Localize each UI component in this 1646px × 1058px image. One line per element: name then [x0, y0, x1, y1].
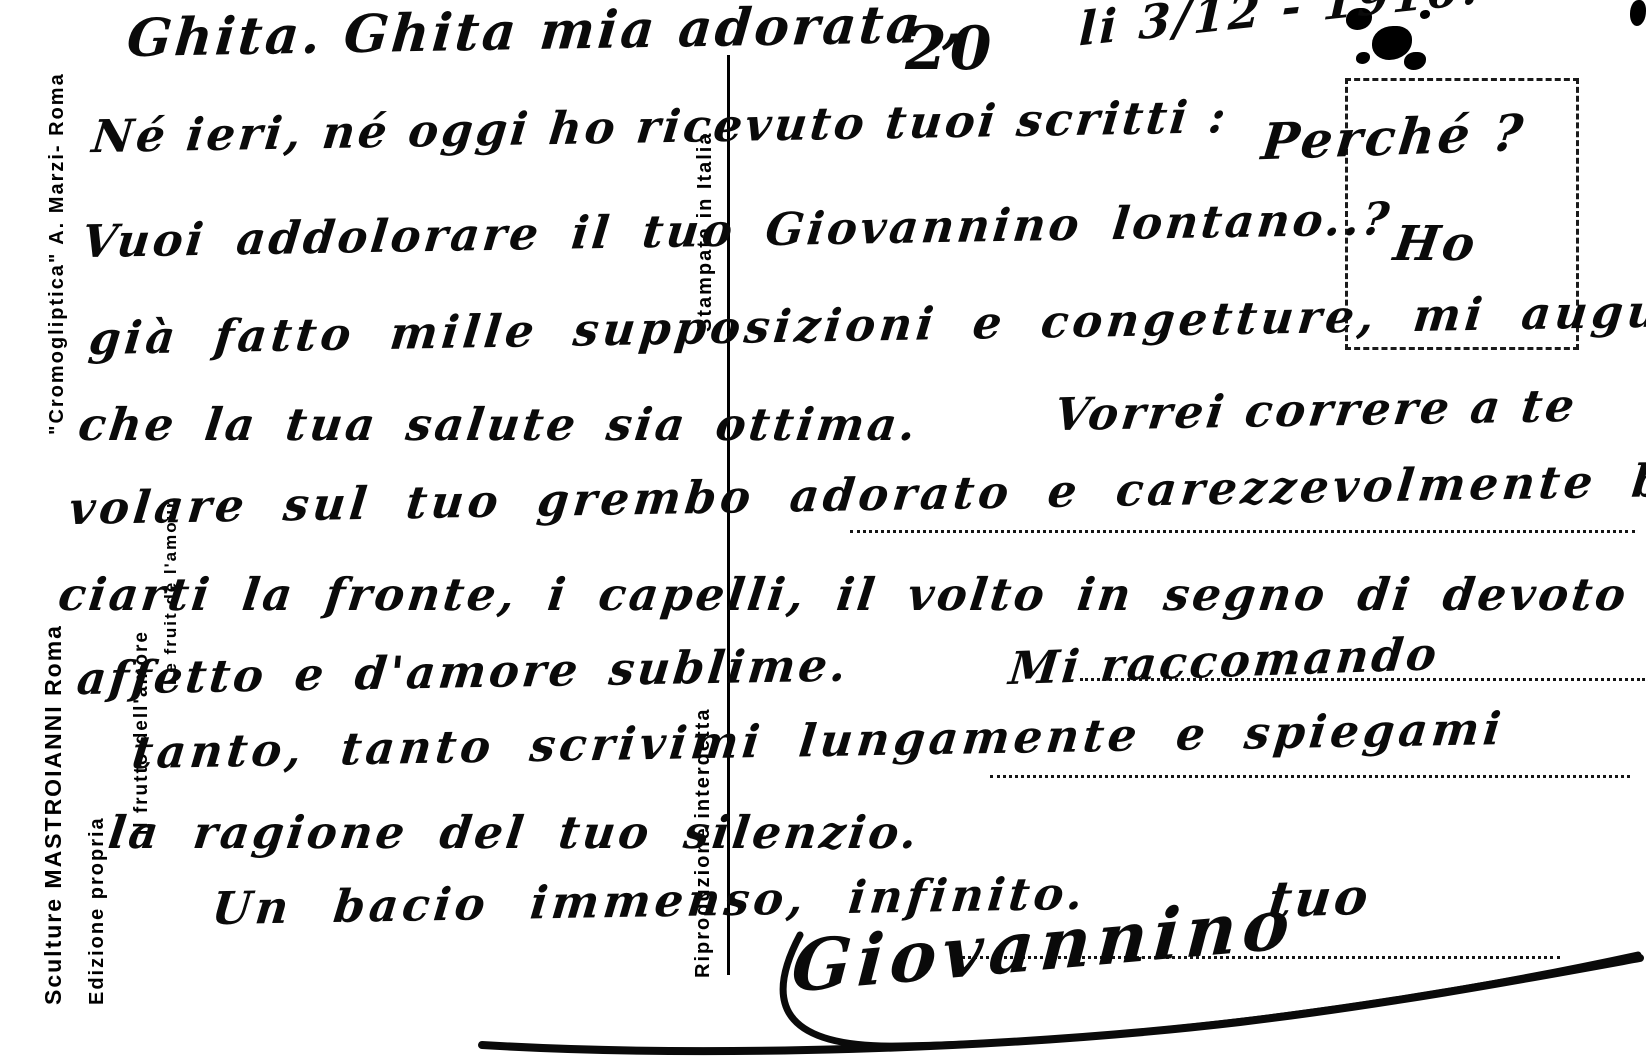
message-line: Vorrei correre a te: [1051, 379, 1580, 441]
message-line: tanto, tanto scrivimi lungamente e spieg…: [129, 702, 1507, 779]
signature-flourish: [0, 900, 1646, 1058]
message-line: la ragione del tuo silenzio.: [105, 806, 922, 859]
message-line: Mi raccomando: [1006, 627, 1442, 695]
message-line: affetto e d'amore sublime.: [74, 639, 851, 706]
message-line: che la tua salute sia ottima.: [75, 398, 921, 451]
message-line: Ho: [1390, 216, 1481, 272]
message-line: Né ieri, né oggi ho ricevuto tuoi scritt…: [89, 90, 1231, 163]
dotted-address-line: [850, 530, 1635, 533]
handwritten-number: 20: [905, 14, 995, 84]
ink-blot: [1404, 52, 1426, 70]
date-line: li 3/12 - 1916.: [1078, 0, 1482, 56]
message-line: ciarti la fronte, i capelli, il volto in…: [55, 568, 1631, 621]
dotted-address-line: [990, 775, 1630, 778]
message-line: già fatto mille supposizioni e congettur…: [86, 283, 1646, 365]
printed-cromogliptica-marzi-roma: "Cromogliptica" A. Marzi- Roma: [46, 10, 69, 435]
postcard-back-scan: Stampata in Italia Riproduzione interdet…: [0, 0, 1646, 1058]
message-line: Vuoi addolorare il tuo Giovannino lontan…: [79, 192, 1394, 268]
greeting-line: Ghita. Ghita mia adorata ,: [125, 0, 968, 69]
message-line: Perché ?: [1259, 103, 1529, 171]
message-line: volare sul tuo grembo adorato e carezzev…: [66, 454, 1646, 536]
ink-blot: [1356, 52, 1370, 64]
ink-blot: [1630, 0, 1646, 26]
